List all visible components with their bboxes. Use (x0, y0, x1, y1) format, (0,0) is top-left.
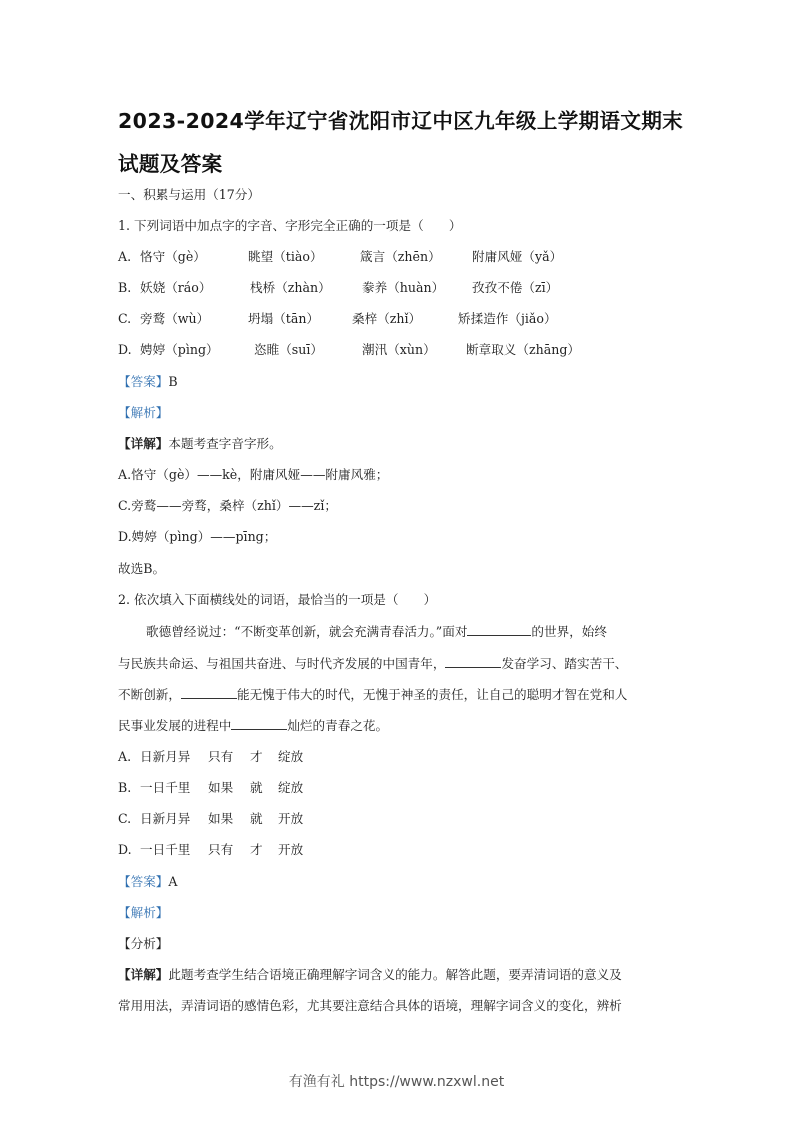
option-label: C. (118, 311, 140, 327)
option-label: A. (118, 749, 140, 765)
option-word: 妖娆（ráo） (140, 280, 250, 296)
detail-tag: 【详解】 (118, 967, 168, 982)
fill-blank-2 (445, 655, 501, 668)
fill-blank-3 (181, 686, 237, 699)
answer-tag: 【答案】 (118, 374, 168, 389)
option-word: 绽放 (278, 780, 303, 796)
q1-explanation-a: A.恪守（gè）——kè，附庸风娅——附庸风雅； (118, 467, 388, 483)
q1-option-b: B. 妖娆（ráo） 栈桥（zhàn） 豢养（huàn） 孜孜不倦（zī） (118, 280, 558, 296)
option-word: 栈桥（zhàn） (250, 280, 362, 296)
answer-tag: 【答案】 (118, 874, 168, 889)
option-word: 日新月异 (140, 749, 208, 765)
q1-analysis-tag: 【解析】 (118, 405, 168, 421)
option-word: 娉婷（pìng） (140, 342, 254, 358)
option-label: B. (118, 780, 140, 796)
detail-tag: 【详解】 (118, 436, 168, 451)
option-label: D. (118, 842, 140, 858)
q2-analysis-tag: 【解析】 (118, 905, 168, 921)
option-word: 开放 (278, 842, 303, 858)
option-word: 豢养（huàn） (362, 280, 472, 296)
option-word: 就 (250, 811, 278, 827)
q2-detail-line-1: 【详解】此题考查学生结合语境正确理解字词含义的能力。解答此题，要弄清词语的意义及 (118, 967, 622, 983)
q1-option-a: A. 恪守（gè） 眺望（tiào） 箴言（zhēn） 附庸风娅（yǎ） (118, 249, 562, 265)
q1-explanation-c: C.旁鹜——旁骛，桑梓（zhǐ）——zǐ； (118, 498, 337, 514)
option-word: 如果 (208, 811, 250, 827)
option-word: 日新月异 (140, 811, 208, 827)
detail-text: 本题考查字音字形。 (168, 436, 281, 451)
option-word: 绽放 (278, 749, 303, 765)
option-word: 旁鹜（wù） (140, 311, 248, 327)
passage-text: 灿烂的青春之花。 (287, 718, 388, 733)
option-word: 矫揉造作（jiǎo） (458, 311, 557, 327)
answer-value: A (168, 874, 177, 889)
option-word: 眺望（tiào） (248, 249, 360, 265)
option-word: 开放 (278, 811, 303, 827)
q2-option-b: B. 一日千里 如果 就 绽放 (118, 780, 303, 796)
option-word: 恣睢（suī） (254, 342, 362, 358)
passage-text: 的世界，始终 (531, 624, 607, 639)
option-word: 就 (250, 780, 278, 796)
q1-detail: 【详解】本题考查字音字形。 (118, 436, 282, 452)
q2-passage-line-4: 民事业发展的进程中灿烂的青春之花。 (118, 717, 388, 734)
passage-text: 不断创新， (118, 687, 181, 702)
question-1-stem: 1. 下列词语中加点字的字音、字形完全正确的一项是（ ） (118, 218, 461, 234)
fill-blank-4 (231, 717, 287, 730)
option-label: A. (118, 249, 140, 265)
option-word: 坍塌（tān） (248, 311, 352, 327)
q2-detail-line-2: 常用用法，弄清词语的感情色彩，尤其要注意结合具体的语境，理解字词含义的变化，辨析 (118, 998, 622, 1014)
footer-watermark: 有渔有礼 https://www.nzxwl.net (0, 1071, 793, 1091)
answer-value: B (168, 374, 177, 389)
page-title-line1: 2023-2024学年辽宁省沈阳市辽中区九年级上学期语文期末 (118, 104, 683, 134)
option-word: 如果 (208, 780, 250, 796)
option-word: 才 (250, 749, 278, 765)
q2-passage-line-3: 不断创新，能无愧于伟大的时代，无愧于神圣的责任，让自己的聪明才智在党和人 (118, 686, 627, 703)
q1-answer: 【答案】B (118, 374, 178, 390)
option-word: 潮汛（xùn） (362, 342, 466, 358)
page-title-line2: 试题及答案 (118, 147, 223, 177)
option-word: 一日千里 (140, 842, 208, 858)
question-2-stem: 2. 依次填入下面横线处的词语，最恰当的一项是（ ） (118, 592, 436, 608)
q2-fenxi-tag: 【分析】 (118, 936, 168, 952)
option-word: 一日千里 (140, 780, 208, 796)
fill-blank-1 (467, 623, 531, 636)
option-word: 才 (250, 842, 278, 858)
detail-text: 此题考查学生结合语境正确理解字词含义的能力。解答此题，要弄清词语的意义及 (168, 967, 621, 982)
q1-option-c: C. 旁鹜（wù） 坍塌（tān） 桑梓（zhǐ） 矫揉造作（jiǎo） (118, 311, 557, 327)
q2-answer: 【答案】A (118, 874, 177, 890)
option-word: 断章取义（zhāng） (466, 342, 580, 358)
q2-option-a: A. 日新月异 只有 才 绽放 (118, 749, 303, 765)
option-word: 孜孜不倦（zī） (472, 280, 558, 296)
passage-text: 民事业发展的进程中 (118, 718, 231, 733)
option-word: 桑梓（zhǐ） (352, 311, 458, 327)
option-label: C. (118, 811, 140, 827)
option-label: B. (118, 280, 140, 296)
option-word: 恪守（gè） (140, 249, 248, 265)
q1-option-d: D. 娉婷（pìng） 恣睢（suī） 潮汛（xùn） 断章取义（zhāng） (118, 342, 580, 358)
passage-text: 发奋学习、踏实苦干、 (501, 656, 627, 671)
q1-conclusion: 故选B。 (118, 561, 165, 577)
option-word: 只有 (208, 749, 250, 765)
option-word: 只有 (208, 842, 250, 858)
q2-passage-line-1: 歌德曾经说过：“不断变革创新，就会充满青春活力。”面对的世界，始终 (146, 623, 607, 640)
q1-explanation-d: D.娉婷（pìng）——pīng； (118, 529, 276, 545)
passage-text: 能无愧于伟大的时代，无愧于神圣的责任，让自己的聪明才智在党和人 (237, 687, 627, 702)
option-label: D. (118, 342, 140, 358)
q2-passage-line-2: 与民族共命运、与祖国共奋进、与时代齐发展的中国青年，发奋学习、踏实苦干、 (118, 655, 627, 672)
option-word: 箴言（zhēn） (360, 249, 472, 265)
q2-option-d: D. 一日千里 只有 才 开放 (118, 842, 303, 858)
passage-text: 与民族共命运、与祖国共奋进、与时代齐发展的中国青年， (118, 656, 445, 671)
section-heading: 一、积累与运用（17分） (118, 187, 260, 203)
q2-option-c: C. 日新月异 如果 就 开放 (118, 811, 303, 827)
option-word: 附庸风娅（yǎ） (472, 249, 562, 265)
passage-text: 歌德曾经说过：“不断变革创新，就会充满青春活力。”面对 (146, 624, 467, 639)
